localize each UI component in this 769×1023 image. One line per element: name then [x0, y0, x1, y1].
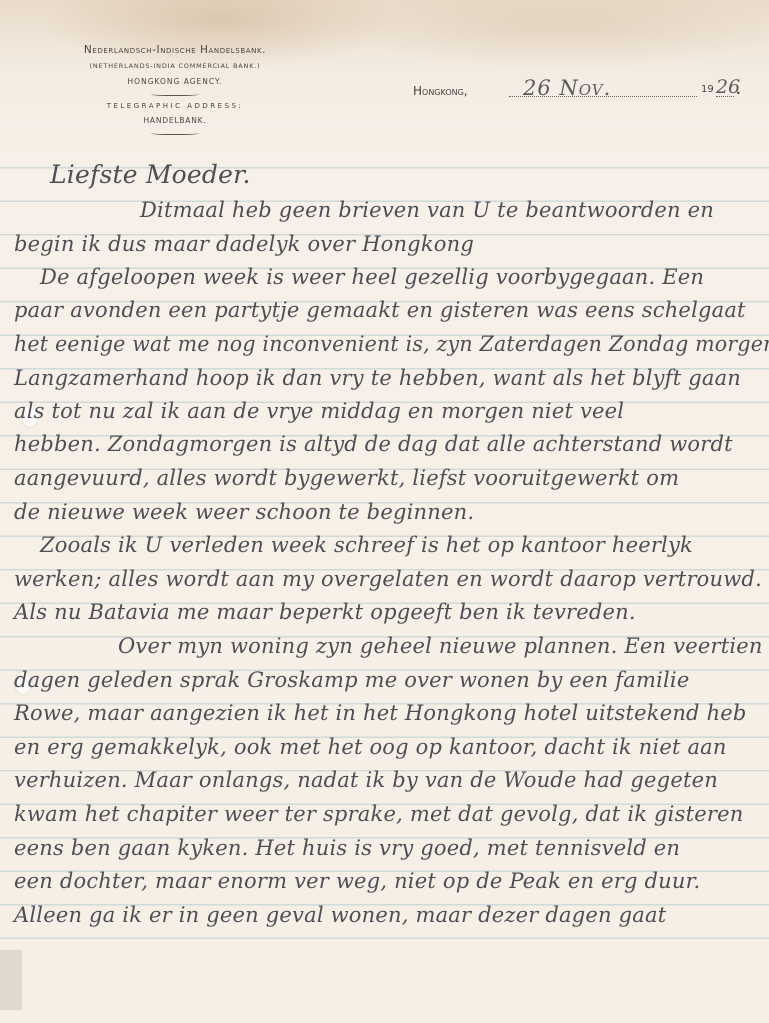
letter-line: de nieuwe week weer schoon te beginnen. — [14, 500, 474, 524]
letter-line: Ditmaal heb geen brieven van U te beantw… — [140, 198, 714, 222]
letter-line: als tot nu zal ik aan de vrye middag en … — [14, 399, 624, 423]
letter-line: eens ben gaan kyken. Het huis is vry goe… — [14, 836, 680, 860]
letter-line: werken; alles wordt aan my overgelaten e… — [14, 567, 762, 591]
letter-line: het eenige wat me nog inconvenient is, z… — [14, 332, 769, 356]
letter-line: aangevuurd, alles wordt bygewerkt, liefs… — [14, 466, 679, 490]
letter-line: begin ik dus maar dadelyk over Hongkong — [14, 232, 474, 256]
letter-line: Alleen ga ik er in geen geval wonen, maa… — [14, 903, 666, 927]
letter-page: Nederlandsch-Indische Handelsbank. (NETH… — [0, 0, 769, 1023]
letter-line: en erg gemakkelyk, ook met het oog op ka… — [14, 735, 727, 759]
letter-line: De afgeloopen week is weer heel gezellig… — [40, 265, 704, 289]
letter-line: Zooals ik U verleden week schreef is het… — [40, 533, 693, 557]
letter-line: verhuizen. Maar onlangs, nadat ik by van… — [14, 768, 718, 792]
letter-line: dagen geleden sprak Groskamp me over won… — [14, 668, 689, 692]
letter-line: Rowe, maar aangezien ik het in het Hongk… — [14, 701, 747, 725]
letter-line: Langzamerhand hoop ik dan vry te hebben,… — [14, 366, 741, 390]
letter-line: paar avonden een partytje gemaakt en gis… — [14, 298, 746, 322]
letter-line: hebben. Zondagmorgen is altyd de dag dat… — [14, 432, 733, 456]
letter-line: Over myn woning zyn geheel nieuwe planne… — [118, 634, 763, 658]
letter-line: Als nu Batavia me maar beperkt opgeeft b… — [14, 600, 636, 624]
letter-line: kwam het chapiter weer ter sprake, met d… — [14, 802, 743, 826]
letter-body: Ditmaal heb geen brieven van U te beantw… — [0, 0, 769, 1023]
letter-line: een dochter, maar enorm ver weg, niet op… — [14, 869, 700, 893]
